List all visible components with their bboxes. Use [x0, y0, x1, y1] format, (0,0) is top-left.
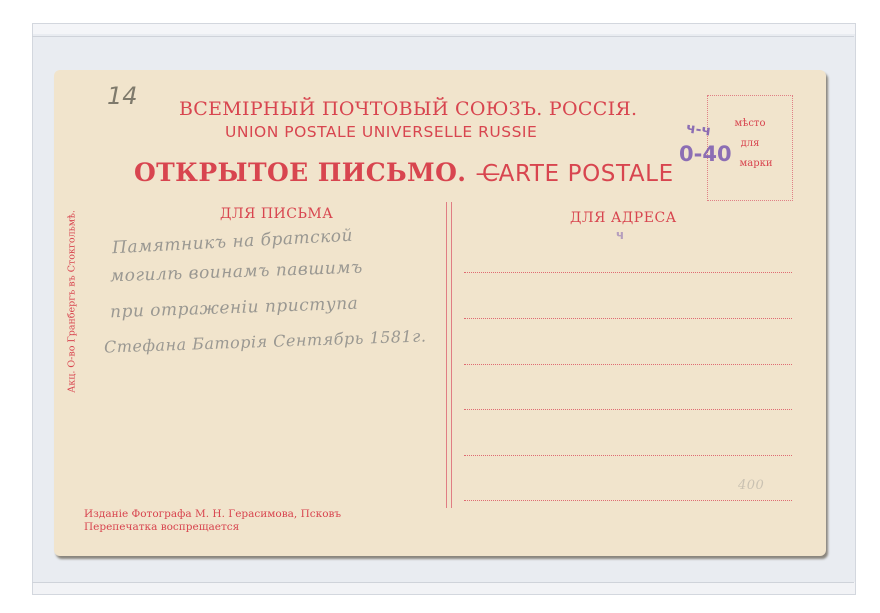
header-russian: ВСЕМІРНЫЙ ПОЧТОВЫЙ СОЮЗЪ. РОССІЯ. [179, 98, 637, 120]
side-imprint: Акц. О-во Гранбергъ въ Стокгольмѣ. [67, 192, 78, 412]
price-mark-small: ч [616, 228, 624, 242]
section-letter-label: ДЛЯ ПИСЬМА [220, 206, 333, 222]
title-ru-text: ОТКРЫТОЕ ПИСЬМО. [134, 158, 466, 187]
center-divider [446, 202, 452, 508]
address-line [464, 272, 792, 273]
address-line [464, 500, 792, 501]
pencil-note: 400 [738, 478, 764, 493]
handwriting-line-3: при отраженіи приступа [110, 294, 359, 323]
title-russian: ОТКРЫТОЕ ПИСЬМО. — [134, 158, 501, 187]
price-mark-value: 0-40 [679, 142, 732, 166]
postcard: 14 ВСЕМІРНЫЙ ПОЧТОВЫЙ СОЮЗЪ. РОССІЯ. UNI… [54, 70, 826, 556]
sleeve-edge-bottom [32, 582, 854, 583]
address-line [464, 409, 792, 410]
address-line [464, 364, 792, 365]
handwriting-line-4: Стефана Баторія Сентябрь 1581г. [104, 326, 427, 356]
address-line [464, 455, 792, 456]
publisher-line-1: Изданіе Фотографа М. Н. Герасимова, Пско… [84, 508, 341, 521]
publisher-imprint: Изданіе Фотографа М. Н. Герасимова, Пско… [84, 508, 341, 534]
price-mark-top: ч-ч [685, 120, 712, 139]
publisher-line-2: Перепечатка воспрещается [84, 521, 341, 534]
stamp-label-1: мѣсто [708, 118, 792, 129]
sleeve-edge-top [32, 36, 854, 37]
section-address-label: ДЛЯ АДРЕСА [570, 210, 677, 226]
address-line [464, 318, 792, 319]
title-french: CARTE POSTALE [482, 161, 674, 187]
header-french: UNION POSTALE UNIVERSELLE RUSSIE [225, 123, 537, 141]
handwriting-line-2: могилѣ воинамъ павшимъ [110, 258, 363, 287]
inventory-number: 14 [107, 82, 138, 110]
handwriting-line-1: Памятникъ на братской [112, 226, 354, 259]
